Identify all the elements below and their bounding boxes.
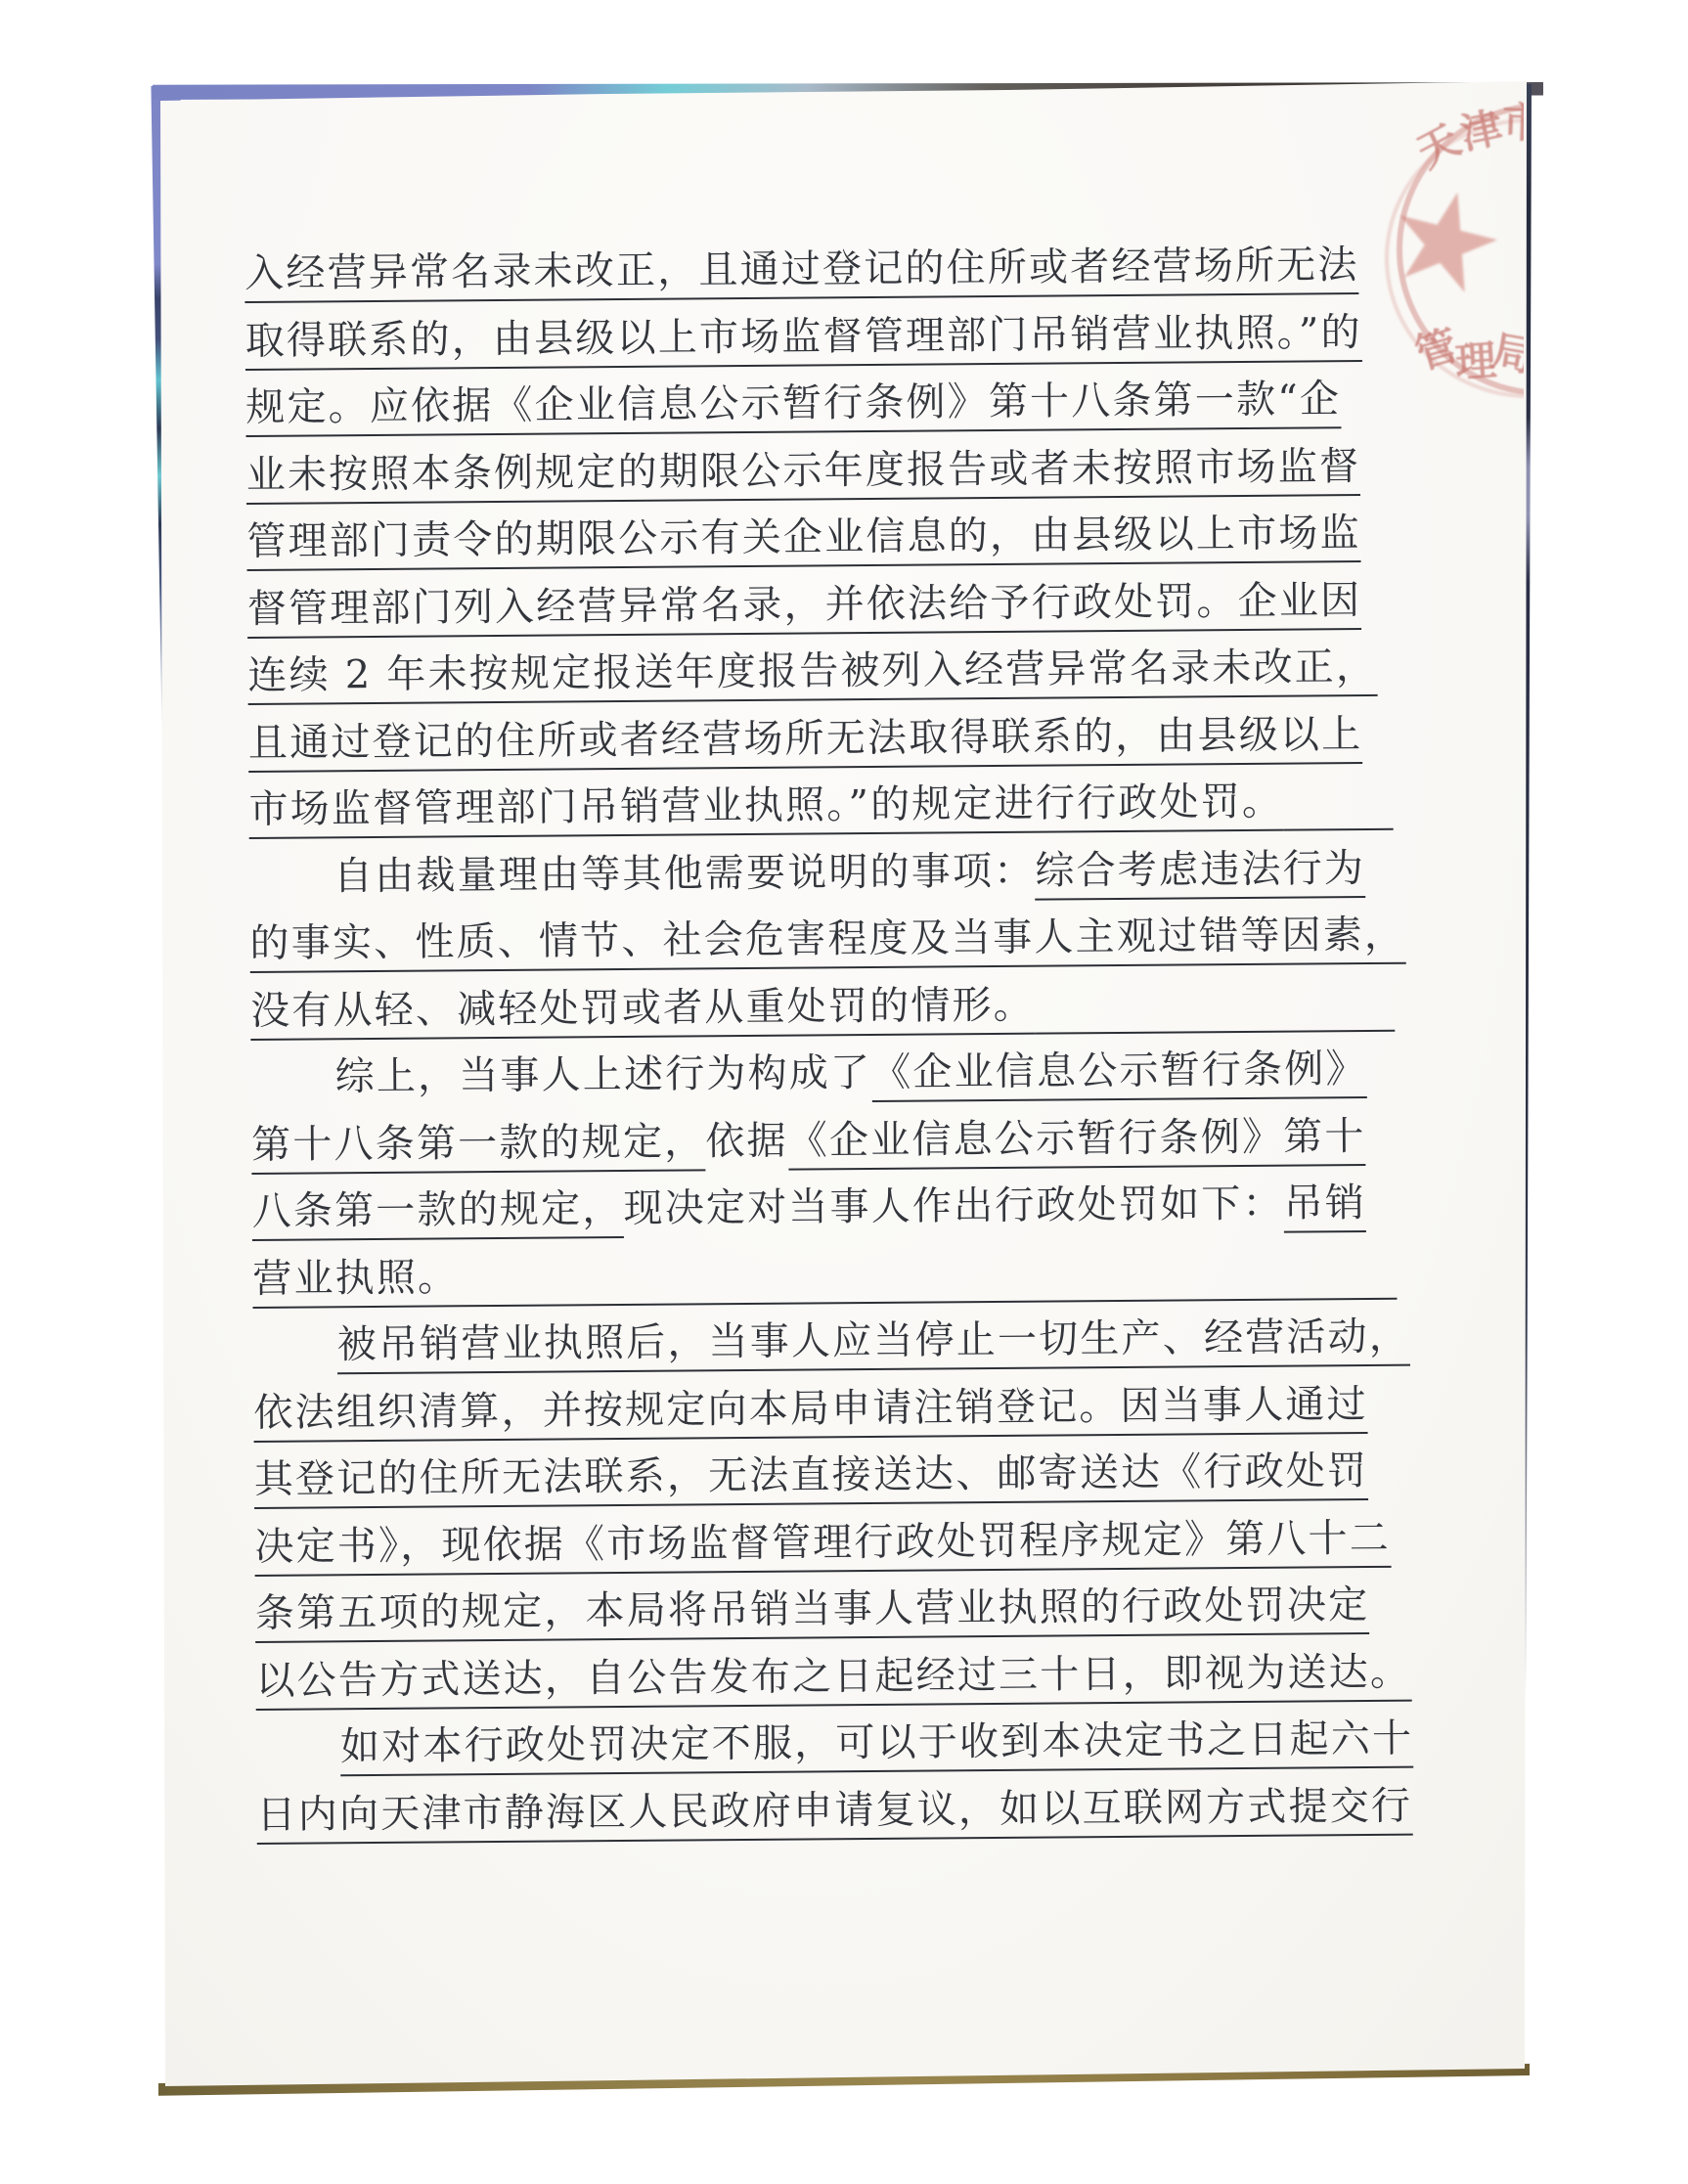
text-segment: 《企业信息公示暂行条例》 — [871, 1046, 1367, 1102]
text-line: 第十八条第一款的规定，依据《企业信息公示暂行条例》第十 — [251, 1112, 1396, 1174]
text-line: 取得联系的，由县级以上市场监督管理部门吊销营业执照。”的 — [245, 308, 1390, 370]
text-line: 决定书》，现依据《市场监督管理行政处罚程序规定》第八十二 — [254, 1514, 1399, 1576]
text-segment: 综合考虑违法行为 — [1035, 845, 1365, 901]
text-line: 被吊销营业执照后，当事人应当停止一切生产、经营活动， — [253, 1314, 1398, 1375]
text-segment: 现决定对当事人作出行政处罚如下： — [623, 1181, 1284, 1238]
text-line: 入经营异常名录未改正，且通过登记的住所或者经营场所无法 — [244, 242, 1389, 303]
text-line: 没有从轻、减轻处罚或者从重处罚的情形。 — [250, 978, 1395, 1040]
text-segment: 条第五项的规定，本局将吊销当事人营业执照的行政处罚决定 — [255, 1582, 1370, 1643]
text-segment: 依法组织清算，并按规定向本局申请注销登记。因当事人通过 — [253, 1381, 1368, 1443]
text-line: 八条第一款的规定，现决定对当事人作出行政处罚如下：吊销 — [252, 1180, 1397, 1241]
text-segment: 没有从轻、减轻处罚或者从重处罚的情形。 — [250, 981, 1035, 1040]
text-line: 管理部门责令的期限公示有关企业信息的，由县级以上市场监 — [246, 510, 1391, 571]
stamp-character: 津 — [1457, 107, 1506, 156]
text-segment: 连续 2 年未按规定报送年度报告被列入经营异常名录未改正， — [247, 644, 1377, 705]
text-segment: 第十八条第一款的规定， — [251, 1118, 706, 1175]
text-line: 营业执照。 — [252, 1246, 1397, 1308]
text-segment: 规定。应依据《企业信息公示暂行条例》第十八条第一款“企 — [245, 376, 1341, 437]
text-line: 市场监督管理部门吊销营业执照。”的规定进行行政处罚。 — [248, 778, 1393, 839]
text-segment: 取得联系的，由县级以上市场监督管理部门吊销营业执照。”的 — [245, 309, 1362, 371]
text-line: 规定。应依据《企业信息公示暂行条例》第十八条第一款“企 — [245, 376, 1390, 437]
text-line: 日内向天津市静海区人民政府申请复议，如以互联网方式提交行 — [256, 1782, 1400, 1844]
text-line: 综上，当事人上述行为构成了《企业信息公示暂行条例》 — [250, 1046, 1395, 1107]
text-segment: 市场监督管理部门吊销营业执照。”的规定进行行政处罚。 — [248, 779, 1283, 839]
text-segment: 吊销 — [1284, 1180, 1367, 1233]
text-segment: 营业执照。 — [252, 1254, 459, 1309]
text-segment: 业未按照本条例规定的期限公示年度报告或者未按照市场监督 — [246, 443, 1361, 505]
text-segment: 被吊销营业执照后，当事人应当停止一切生产、经营活动， — [337, 1314, 1411, 1375]
text-segment: 决定书》，现依据《市场监督管理行政处罚程序规定》第八十二 — [254, 1514, 1391, 1576]
text-segment: 日内向天津市静海区人民政府申请复议，如以互联网方式提交行 — [256, 1782, 1412, 1844]
text-line: 其登记的住所无法联系，无法直接送达、邮寄送达《行政处罚 — [254, 1448, 1399, 1509]
trailing-underline — [1283, 778, 1394, 831]
text-segment: 督管理部门列入经营异常名录，并依法给予行政处罚。企业因 — [247, 577, 1362, 639]
text-segment: 且通过登记的住所或者经营场所无法取得联系的，由县级以上 — [248, 711, 1363, 773]
text-line: 业未按照本条例规定的期限公示年度报告或者未按照市场监督 — [246, 442, 1391, 504]
text-segment: 八条第一款的规定， — [252, 1185, 624, 1241]
text-segment: 自由裁量理由等其他需要说明的事项： — [333, 847, 1036, 906]
text-segment: 如对本行政处罚决定不服，可以于收到本决定书之日起六十 — [340, 1716, 1414, 1777]
text-line: 自由裁量理由等其他需要说明的事项：综合考虑违法行为 — [249, 844, 1394, 906]
text-line: 依法组织清算，并按规定向本局申请注销登记。因当事人通过 — [253, 1380, 1398, 1442]
text-line: 督管理部门列入经营异常名录，并依法给予行政处罚。企业因 — [247, 576, 1392, 638]
text-segment: 其登记的住所无法联系，无法直接送达、邮寄送达《行政处罚 — [254, 1448, 1369, 1509]
text-segment: 《企业信息公示暂行条例》第十 — [788, 1113, 1366, 1171]
text-segment: 入经营异常名录未改正，且通过登记的住所或者经营场所无法 — [244, 242, 1359, 303]
text-segment: 管理部门责令的期限公示有关企业信息的，由县级以上市场监 — [246, 510, 1361, 571]
text-line: 以公告方式送达，自公告发布之日起经过三十日，即视为送达。 — [255, 1648, 1399, 1710]
text-line: 条第五项的规定，本局将吊销当事人营业执照的行政处罚决定 — [255, 1582, 1399, 1643]
text-line: 且通过登记的住所或者经营场所无法取得联系的，由县级以上 — [248, 710, 1393, 772]
document-text-block: 入经营异常名录未改正，且通过登记的住所或者经营场所无法取得联系的，由县级以上市场… — [244, 242, 1401, 1858]
text-line: 连续 2 年未按规定报送年度报告被列入经营异常名录未改正， — [247, 644, 1392, 705]
text-segment: 依据 — [705, 1117, 788, 1171]
text-segment: 以公告方式送达，自公告发布之日起经过三十日，即视为送达。 — [255, 1648, 1411, 1710]
trailing-underline — [1035, 978, 1396, 1034]
text-line: 的事实、性质、情节、社会危害程度及当事人主观过错等因素， — [249, 912, 1394, 973]
text-segment: 的事实、性质、情节、社会危害程度及当事人主观过错等因素， — [249, 912, 1405, 973]
stamp-character: 局 — [1489, 331, 1524, 379]
stamp-character: 市 — [1501, 102, 1524, 144]
text-line: 如对本行政处罚决定不服，可以于收到本决定书之日起六十 — [256, 1716, 1400, 1777]
trailing-underline — [459, 1246, 1397, 1307]
text-segment: 综上，当事人上述行为构成了 — [334, 1049, 871, 1106]
